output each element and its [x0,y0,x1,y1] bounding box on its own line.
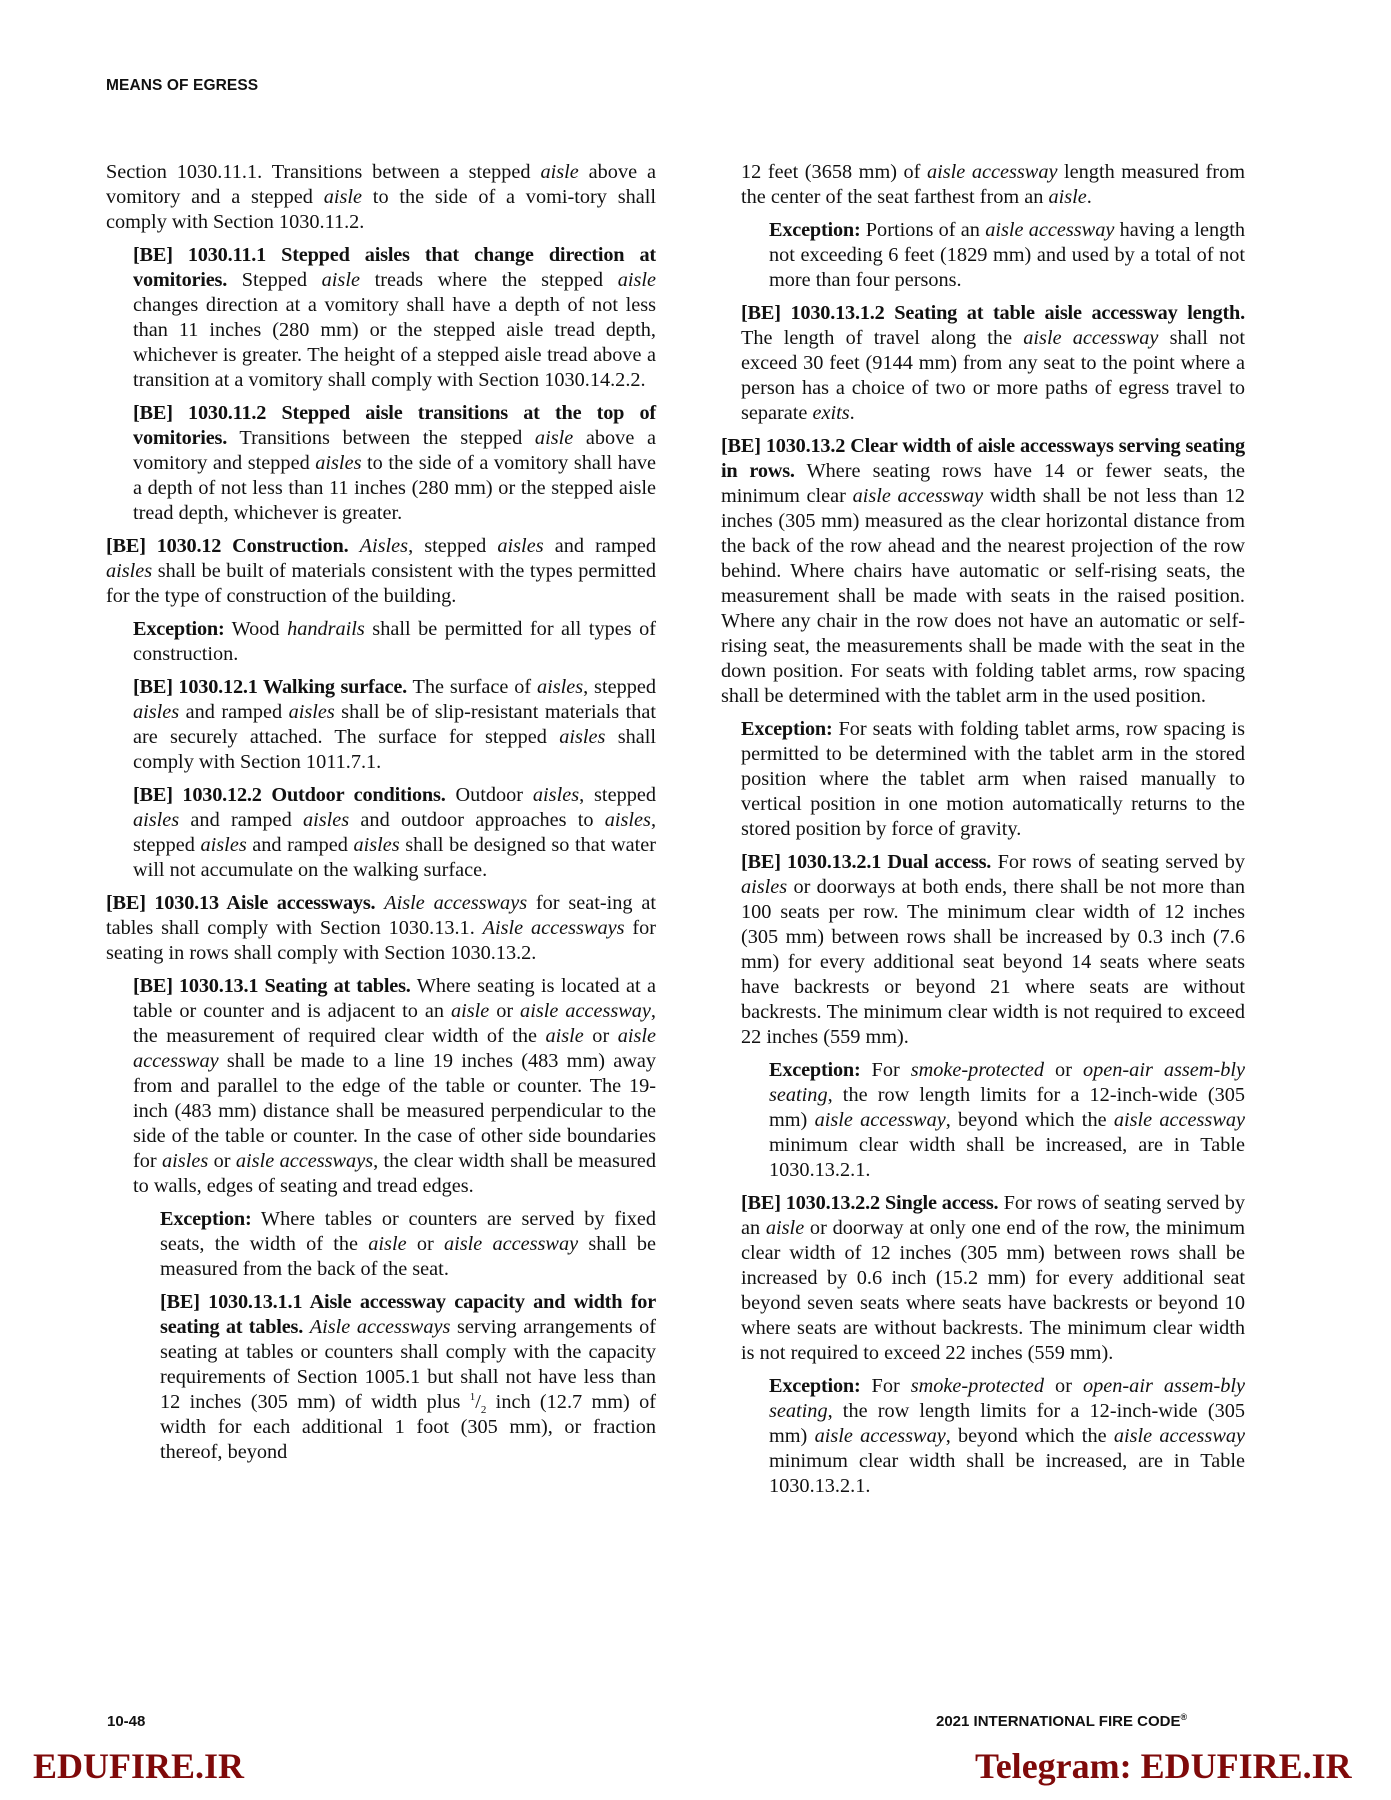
section-1030-13: [BE] 1030.13 Aisle accessways. Aisle acc… [106,891,656,966]
defined-term: Aisles [360,535,408,557]
section-1030-13-2-exception: Exception: For seats with folding tablet… [741,717,1245,842]
text [303,1316,310,1338]
defined-term: aisle accessway [985,219,1114,241]
defined-term: aisles [315,452,361,474]
text: . [1087,186,1092,208]
text: and ramped [179,809,303,831]
defined-term: aisle [540,161,578,183]
text [375,892,384,914]
text: or [1044,1375,1083,1397]
text: The length of travel along the [741,327,1023,349]
text: For rows of seating served by [991,851,1245,873]
section-heading: [BE] 1030.13 Aisle accessways. [106,892,375,914]
section-1030-13-1: [BE] 1030.13.1 Seating at tables. Where … [133,974,656,1199]
text: . [850,402,855,424]
defined-term: aisle accessway [444,1233,578,1255]
defined-term: Aisle accessways [310,1316,451,1338]
defined-term: aisle accessway [853,485,984,507]
defined-term: aisle accessway [1023,327,1158,349]
section-heading: [BE] 1030.13.2.2 Single access. [741,1192,998,1214]
defined-term: aisles [497,535,543,557]
defined-term: aisle accessway [520,1000,651,1022]
text: or [1044,1059,1083,1081]
continuation-paragraph: 12 feet (3658 mm) of aisle accessway len… [741,160,1245,210]
defined-term: aisles [133,809,179,831]
section-heading: [BE] 1030.13.1.2 Seating at table aisle … [741,302,1245,324]
section-1030-13-1-exception: Exception: Where tables or counters are … [160,1207,656,1282]
exception-label: Exception: [160,1208,252,1230]
watermark-right: Telegram: EDUFIRE.IR [975,1745,1352,1787]
text: For [861,1059,911,1081]
right-column: 12 feet (3658 mm) of aisle accessway len… [721,160,1245,1507]
text: Outdoor [446,784,533,806]
section-1030-13-2-2-exception: Exception: For smoke-protected or open-a… [769,1374,1245,1499]
text: For [861,1375,911,1397]
defined-term: aisle [1048,186,1086,208]
text: and ramped [247,834,354,856]
defined-term: aisles [133,701,179,723]
text: or [208,1150,236,1172]
defined-term: aisles [289,701,335,723]
defined-term: aisle [322,269,360,291]
text [348,535,359,557]
exception-label: Exception: [741,718,833,740]
defined-term: aisle accessway [815,1425,946,1447]
exception-label: Exception: [769,1375,861,1397]
section-1030-13-1-1: [BE] 1030.13.1.1 Aisle accessway capacit… [160,1290,656,1465]
registered-mark: ® [1180,1712,1187,1722]
defined-term: aisle [368,1233,406,1255]
text: width shall be not less than 12 inches (… [721,485,1245,707]
defined-term: aisles [537,676,583,698]
section-1030-12-exception: Exception: Wood handrails shall be permi… [133,617,656,667]
section-1030-11-2: [BE] 1030.11.2 Stepped aisle transitions… [133,401,656,526]
exception-label: Exception: [769,1059,861,1081]
defined-term: aisle [618,269,656,291]
section-1030-13-2-1-exception: Exception: For smoke-protected or open-a… [769,1058,1245,1183]
section-heading: [BE] 1030.13.2.1 Dual access. [741,851,991,873]
section-heading: [BE] 1030.12 Construction. [106,535,348,557]
defined-term: smoke-protected [911,1375,1044,1397]
defined-term: aisle [451,1000,489,1022]
section-1030-13-2-2: [BE] 1030.13.2.2 Single access. For rows… [741,1191,1245,1366]
defined-term: aisles [353,834,399,856]
defined-term: handrails [287,618,365,640]
defined-term: aisle accessway [1114,1109,1245,1131]
defined-term: aisles [162,1150,208,1172]
text: and outdoor approaches to [349,809,605,831]
text: , stepped [579,784,656,806]
defined-term: aisles [201,834,247,856]
text: The surface of [407,676,537,698]
left-column: Section 1030.11.1. Transitions between a… [106,160,656,1473]
text: or [584,1025,618,1047]
defined-term: aisles [303,809,349,831]
book-title: 2021 INTERNATIONAL FIRE CODE® [936,1713,1187,1730]
text: Stepped [227,269,322,291]
text: Transitions between the stepped [227,427,535,449]
text: and ramped [544,535,656,557]
section-1030-12-2: [BE] 1030.12.2 Outdoor conditions. Outdo… [133,783,656,883]
text: , beyond which the [946,1109,1114,1131]
watermark-left: EDUFIRE.IR [33,1745,244,1787]
defined-term: aisles [106,560,152,582]
text: or [489,1000,520,1022]
text: and ramped [179,701,288,723]
defined-term: aisle [766,1217,804,1239]
defined-term: aisle [546,1025,584,1047]
text: 12 feet (3658 mm) of [741,161,927,183]
defined-term: aisle accessways [236,1150,373,1172]
defined-term: aisle accessway [927,161,1057,183]
defined-term: aisles [533,784,579,806]
running-head: MEANS OF EGRESS [106,77,258,95]
defined-term: aisle accessway [1114,1425,1245,1447]
text: , stepped [583,676,656,698]
text: or doorway at only one end of the row, t… [741,1217,1245,1364]
defined-term: aisles [741,876,787,898]
intro-paragraph: Section 1030.11.1. Transitions between a… [106,160,656,235]
defined-term: aisle accessway [815,1109,946,1131]
section-heading: [BE] 1030.13.1 Seating at tables. [133,975,411,997]
page-number: 10-48 [107,1713,145,1730]
exception-label: Exception: [133,618,225,640]
text: shall be built of materials consistent w… [106,560,656,607]
text: , beyond which the [946,1425,1114,1447]
exception-label: Exception: [769,219,861,241]
text: minimum clear width shall be increased, … [769,1450,1245,1497]
defined-term: smoke-protected [911,1059,1044,1081]
section-1030-13-1-1-exception: Exception: Portions of an aisle accesswa… [769,218,1245,293]
defined-term: aisles [559,726,605,748]
text: or doorways at both ends, there shall be… [741,876,1245,1048]
text: , stepped [408,535,497,557]
text: Section 1030.11.1. Transitions between a… [106,161,540,183]
section-1030-13-2: [BE] 1030.13.2 Clear width of aisle acce… [721,434,1245,709]
section-1030-11-1: [BE] 1030.11.1 Stepped aisles that chang… [133,243,656,393]
text: minimum clear width shall be increased, … [769,1134,1245,1181]
book-title-text: 2021 INTERNATIONAL FIRE CODE [936,1713,1180,1730]
section-heading: [BE] 1030.12.1 Walking surface. [133,676,407,698]
section-heading: [BE] 1030.12.2 Outdoor conditions. [133,784,446,806]
defined-term: Aisle accessways [384,892,527,914]
text: changes direction at a vomitory shall ha… [133,294,656,391]
defined-term: exits [813,402,850,424]
text: treads where the stepped [360,269,618,291]
section-1030-12: [BE] 1030.12 Construction. Aisles, stepp… [106,534,656,609]
section-1030-12-1: [BE] 1030.12.1 Walking surface. The surf… [133,675,656,775]
defined-term: aisle [324,186,362,208]
defined-term: Aisle accessways [483,917,625,939]
section-1030-13-1-2: [BE] 1030.13.1.2 Seating at table aisle … [741,301,1245,426]
text: or [407,1233,444,1255]
text: Wood [225,618,288,640]
defined-term: aisles [605,809,651,831]
text: Portions of an [861,219,986,241]
defined-term: aisle [535,427,573,449]
section-1030-13-2-1: [BE] 1030.13.2.1 Dual access. For rows o… [741,850,1245,1050]
